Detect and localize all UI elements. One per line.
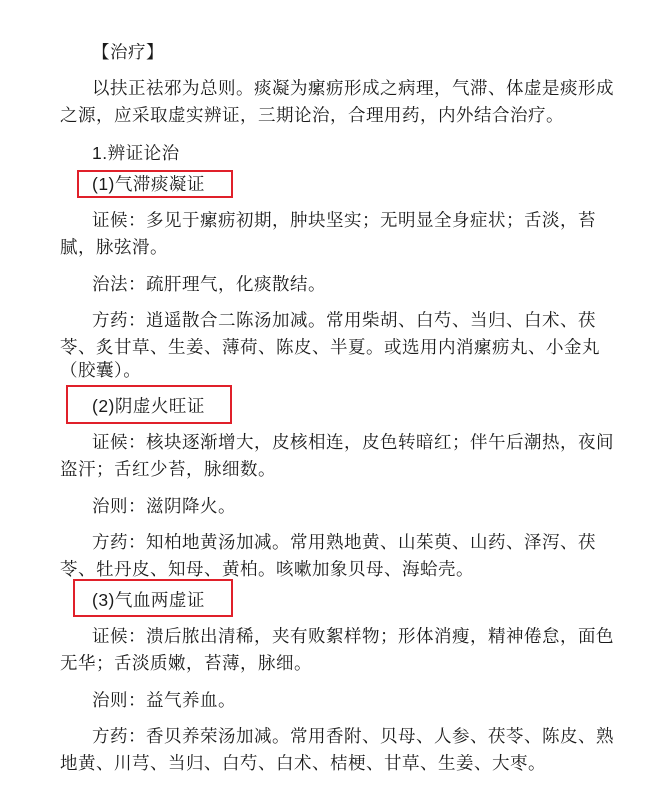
intro-line-1: 以扶正祛邪为总则。痰凝为瘰疬形成之病理，气滞、体虚是痰形成 bbox=[92, 78, 614, 100]
syndrome-1-prescription-2: 苓、炙甘草、生姜、薄荷、陈皮、半夏。或选用内消瘰疬丸、小金丸 bbox=[60, 337, 600, 359]
section-title: 【治疗】 bbox=[92, 42, 164, 64]
syndrome-2-symptoms-2: 盗汗；舌红少苔，脉细数。 bbox=[60, 459, 276, 481]
syndrome-2-prescription-2: 苓、牡丹皮、知母、黄柏。咳嗽加象贝母、海蛤壳。 bbox=[60, 559, 474, 581]
syndrome-1-symptoms-1: 证候：多见于瘰疬初期，肿块坚实；无明显全身症状；舌淡，苔 bbox=[92, 210, 596, 232]
syndrome-3-title: (3)气血两虚证 bbox=[92, 589, 205, 611]
syndrome-2-title: (2)阴虚火旺证 bbox=[92, 395, 205, 417]
syndrome-3-symptoms-2: 无华；舌淡质嫩，苔薄，脉细。 bbox=[60, 653, 312, 675]
syndrome-1-prescription-1: 方药：逍遥散合二陈汤加减。常用柴胡、白芍、当归、白术、茯 bbox=[92, 310, 596, 332]
syndrome-2-symptoms-1: 证候：核块逐渐增大，皮核相连，皮色转暗红；伴午后潮热，夜间 bbox=[92, 432, 614, 454]
syndrome-1-title: (1)气滞痰凝证 bbox=[92, 173, 205, 195]
document-page: 【治疗】 以扶正祛邪为总则。痰凝为瘰疬形成之病理，气滞、体虚是痰形成 之源，应采… bbox=[0, 0, 654, 811]
syndrome-2-treatment: 治则：滋阴降火。 bbox=[92, 496, 236, 518]
syndrome-3-symptoms-1: 证候：溃后脓出清稀，夹有败絮样物；形体消瘦，精神倦怠，面色 bbox=[92, 626, 614, 648]
syndrome-1-prescription-3: （胶囊）。 bbox=[60, 360, 141, 382]
syndrome-3-prescription-2: 地黄、川芎、当归、白芍、白术、桔梗、甘草、生姜、大枣。 bbox=[60, 753, 546, 775]
syndrome-3-treatment: 治则：益气养血。 bbox=[92, 690, 236, 712]
syndrome-1-treatment: 治法：疏肝理气，化痰散结。 bbox=[92, 274, 326, 296]
syndrome-2-prescription-1: 方药：知柏地黄汤加减。常用熟地黄、山茱萸、山药、泽泻、茯 bbox=[92, 532, 596, 554]
subheading: 1.辨证论治 bbox=[92, 142, 180, 164]
intro-line-2: 之源，应采取虚实辨证，三期论治，合理用药，内外结合治疗。 bbox=[60, 105, 564, 127]
syndrome-3-prescription-1: 方药：香贝养荣汤加减。常用香附、贝母、人参、茯苓、陈皮、熟 bbox=[92, 726, 614, 748]
syndrome-1-symptoms-2: 腻，脉弦滑。 bbox=[60, 237, 168, 259]
